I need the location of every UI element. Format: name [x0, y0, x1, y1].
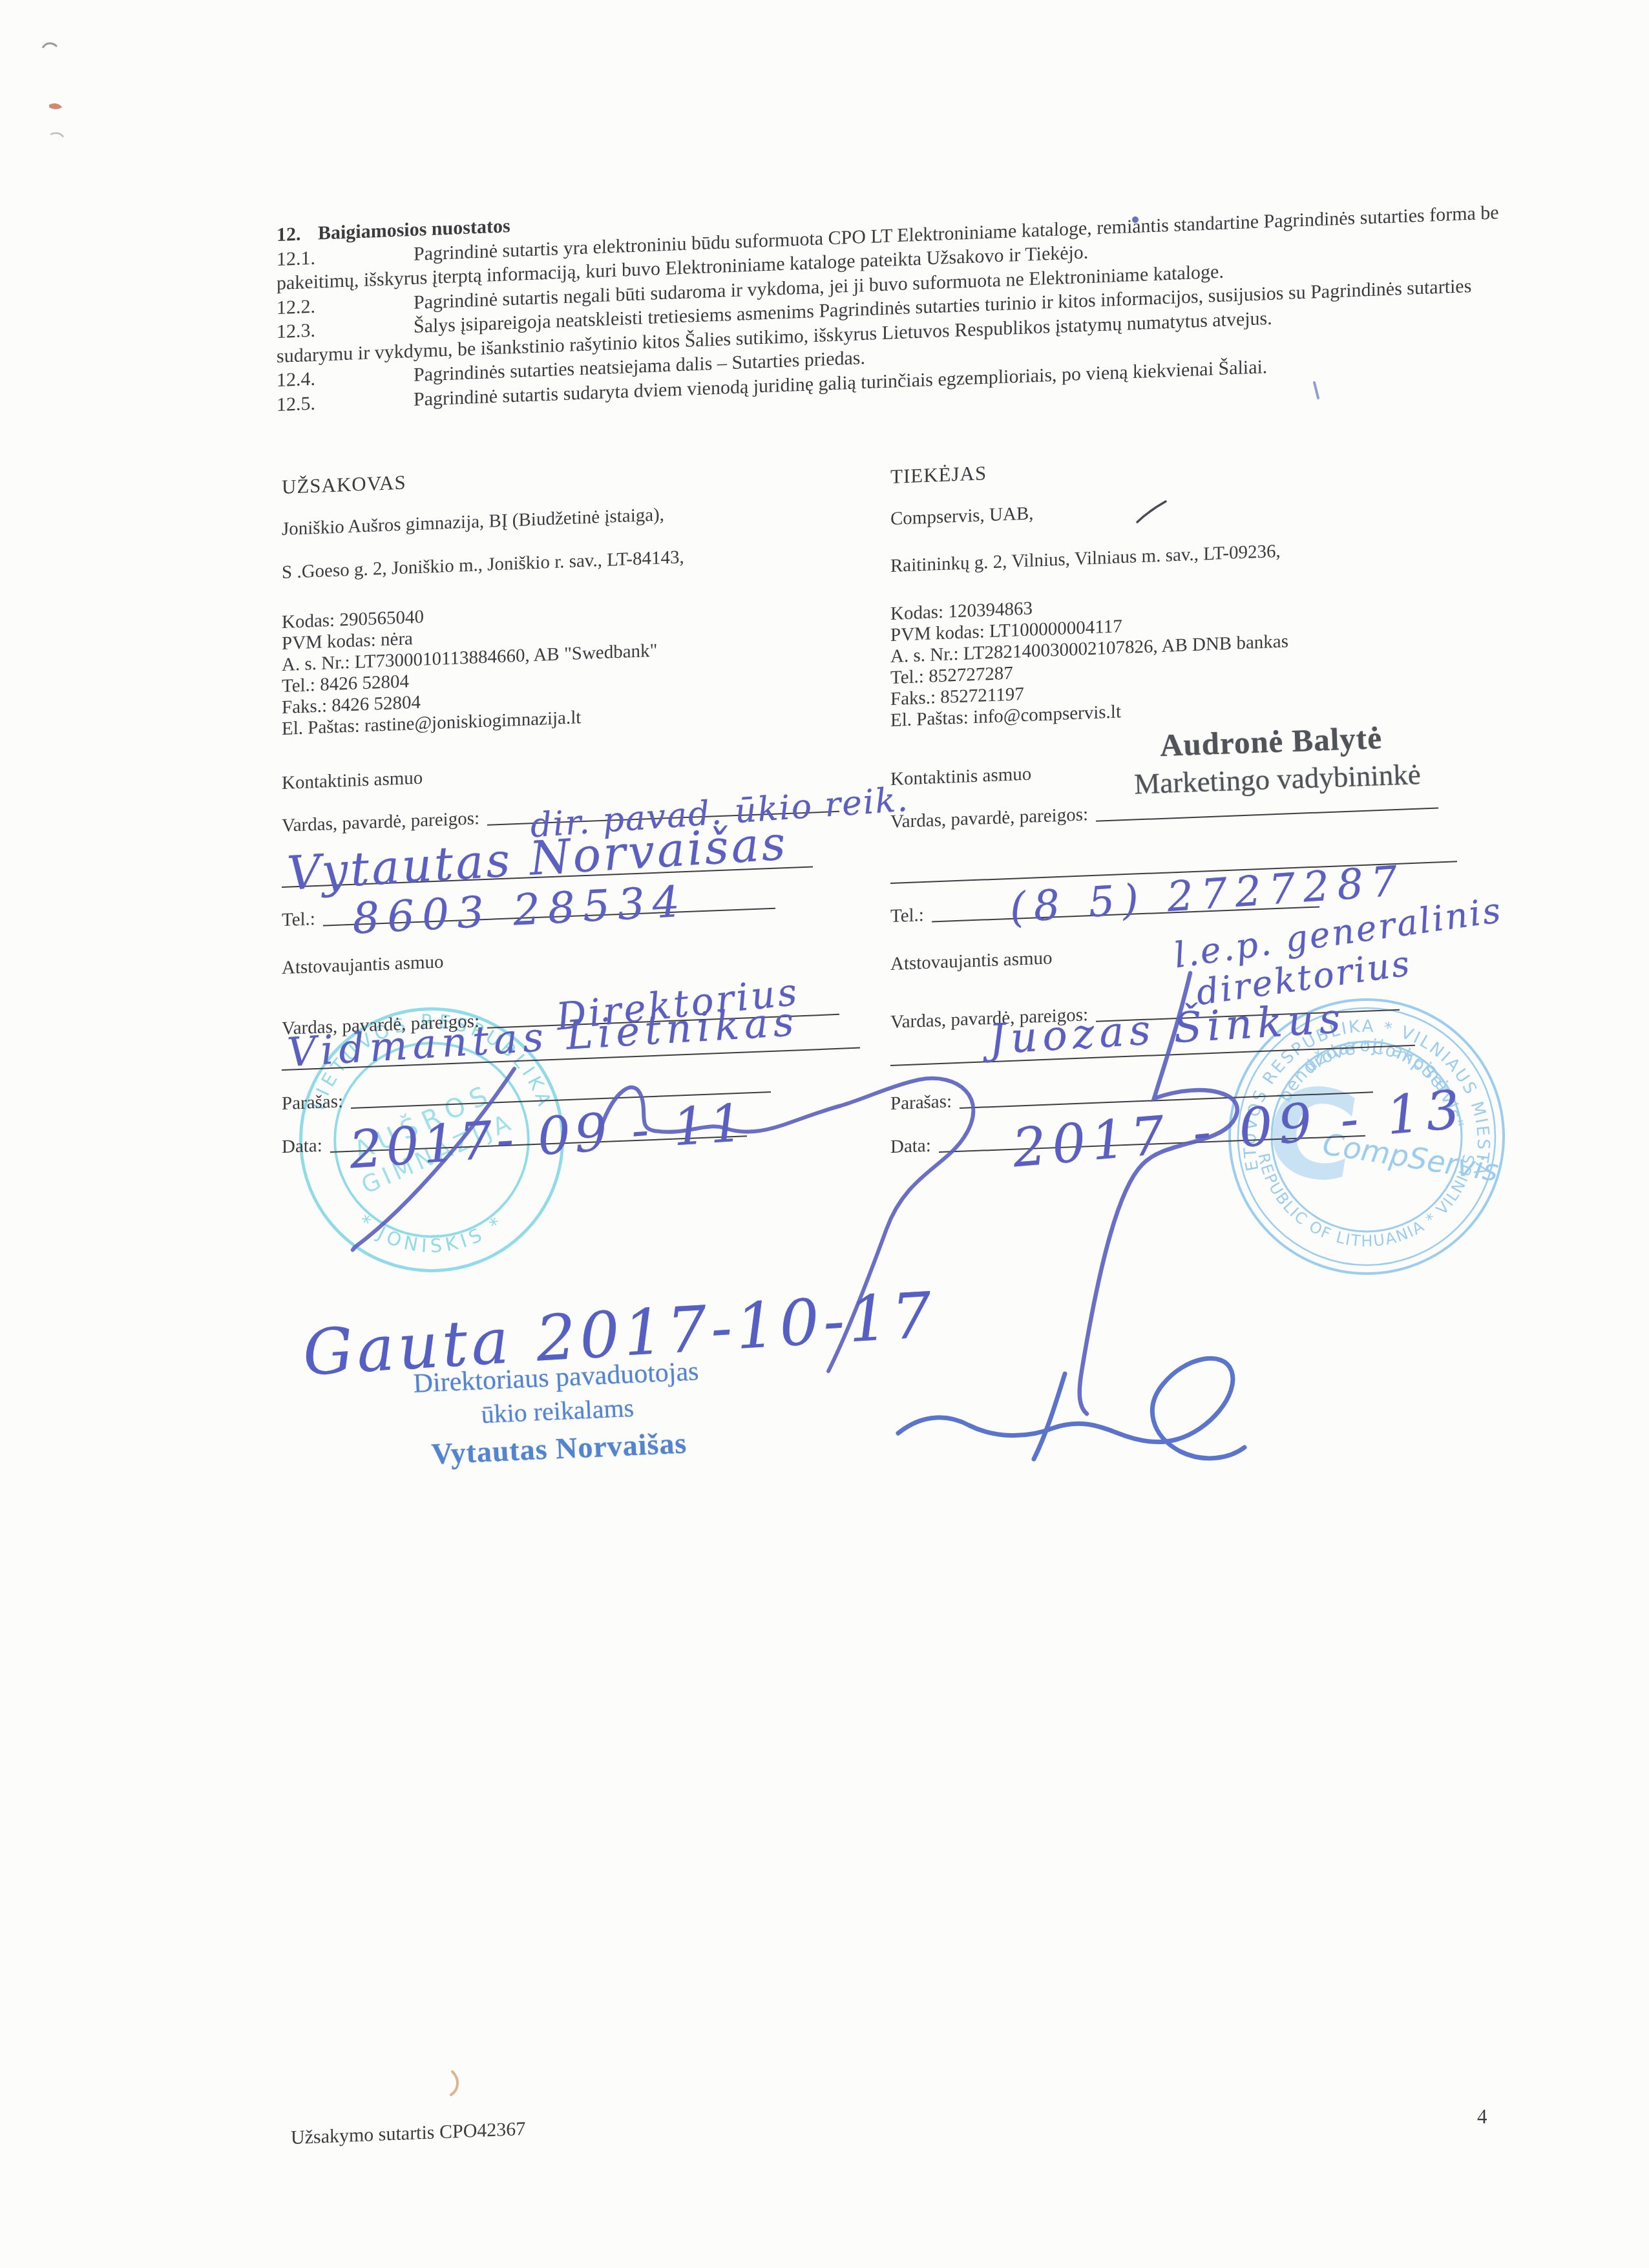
scan-mark-squiggle	[43, 43, 57, 48]
signature-field-label: Parašas:	[890, 1091, 952, 1115]
buyer-contact-label: Kontaktinis asmuo	[282, 768, 423, 794]
received-signature-stroke	[898, 1358, 1245, 1458]
scan-mark-gray-arc	[50, 133, 63, 137]
clause-12-block: 12.Baigiamosios nuostatos 12.1.Pagrindin…	[277, 176, 1504, 417]
gimnazija-stamp-ring-bottom: * JONIŠKIS *	[354, 1210, 509, 1257]
scan-mark-orange-arc	[451, 2072, 457, 2095]
scan-mark-red	[49, 103, 62, 109]
name-field-label: Vardas, pavardė, pareigos:	[890, 804, 1088, 833]
supplier-address: Raitininkų g. 2, Vilnius, Vilniaus m. sa…	[890, 541, 1281, 577]
signature-field-label: Parašas:	[282, 1091, 343, 1115]
supplier-name-tick	[1137, 501, 1166, 522]
svg-text:* JONIŠKIS *: * JONIŠKIS *	[354, 1210, 509, 1257]
clause-item-num: 12.1.	[277, 242, 414, 271]
footer-contract-number: Užsakymo sutartis CPO42367	[291, 2118, 525, 2149]
supplier-contact-label: Kontaktinis asmuo	[890, 764, 1031, 790]
supplier-heading: TIEKĖJAS	[890, 461, 987, 488]
buyer-address: S .Goeso g. 2, Joniškio m., Joniškio r. …	[282, 547, 684, 583]
date-field-label: Data:	[282, 1135, 322, 1158]
supplier-name: Compservis, UAB,	[890, 503, 1034, 530]
supplier-representative-label: Atstovaujantis asmuo	[890, 947, 1053, 975]
page-number: 4	[1477, 2105, 1487, 2128]
received-signature-tail	[1034, 1374, 1065, 1459]
buyer-heading: UŽSAKOVAS	[282, 471, 406, 499]
buyer-representative-label: Atstovaujantis asmuo	[282, 951, 444, 979]
received-stamp-line3: Vytautas Norvaišas	[406, 1425, 711, 1472]
scanned-contract-page: LIETUVOS RESPUBLIKA * JONIŠKIS * AUŠROS …	[0, 0, 1649, 2268]
tel-field-label: Tel.:	[890, 905, 924, 927]
balyte-stamp-name: Audronė Balytė	[1159, 718, 1420, 764]
fill-in-line	[1096, 807, 1438, 821]
balyte-name-stamp: Audronė Balytė Marketingo vadybininkė	[1159, 718, 1421, 800]
name-field-label: Vardas, pavardė, pareigos:	[282, 808, 479, 837]
date-field-label: Data:	[890, 1135, 931, 1158]
buyer-name: Joniškio Aušros gimnazija, BĮ (Biudžetin…	[282, 504, 664, 540]
clause-item-num: 12.5.	[277, 387, 414, 417]
scan-mark-blue-dash	[1314, 383, 1318, 398]
clause-number: 12.	[277, 222, 318, 247]
clause-item-num: 12.3.	[277, 315, 414, 344]
tel-field-label: Tel.:	[282, 908, 315, 931]
